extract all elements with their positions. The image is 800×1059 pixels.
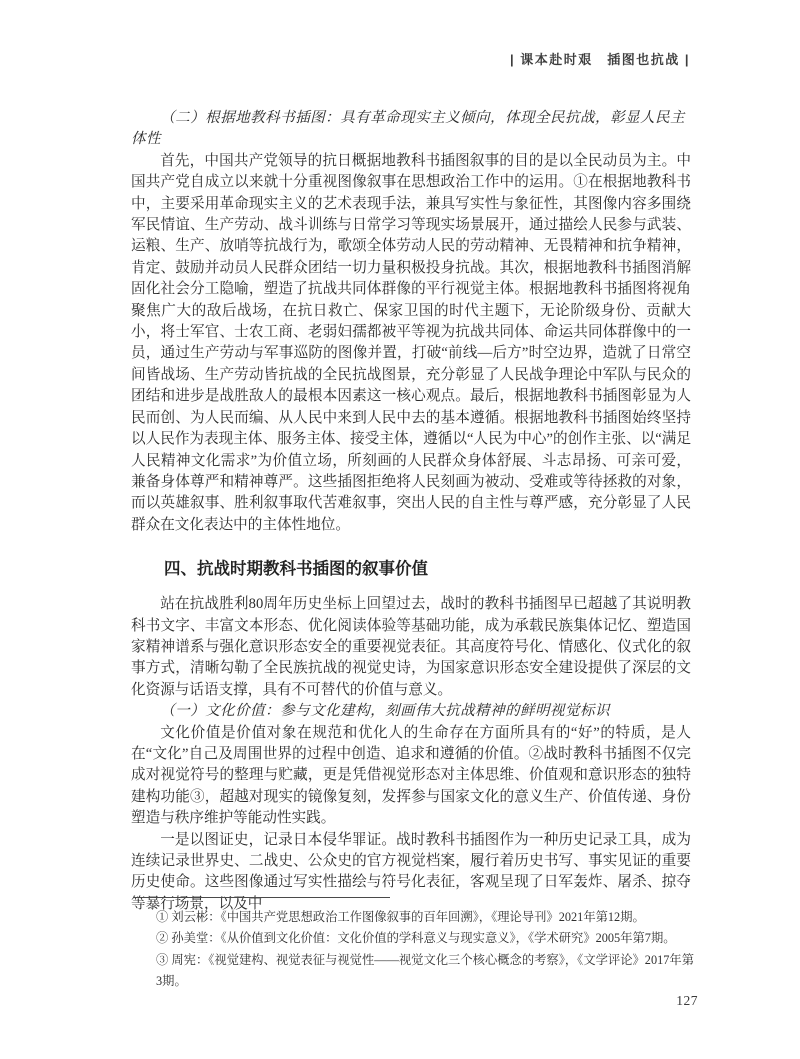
footnote-2: ② 孙美堂：《从价值到文化价值：文化价值的学科意义与现实意义》，《学术研究》20… — [131, 928, 696, 949]
page-number: 127 — [0, 993, 698, 1009]
footnote-3: ③ 周宪：《视觉建构、视觉表征与视觉性——视觉文化三个核心概念的考察》，《文学评… — [131, 950, 696, 993]
section-heading-four: 四、抗战时期教科书插图的叙事价值 — [131, 556, 691, 582]
page-body: （二）根据地教科书插图：具有革命现实主义倾向，体现全民抗战，彰显人民主体性 首先… — [131, 108, 691, 915]
running-header: | 课本赴时艰 插图也抗战 | — [0, 49, 690, 68]
paragraph-one: 首先，中国共产党领导的抗日概据地教科书插图叙事的目的是以全民动员为主。中国共产党… — [131, 151, 691, 536]
footnotes-block: ① 刘云彬：《中国共产党思想政治工作图像叙事的百年回溯》，《理论导刊》2021年… — [131, 897, 696, 992]
subheading-section-one: （一）文化价值：参与文化建构，刻画伟大抗战精神的鲜明视觉标识 — [131, 701, 691, 722]
document-page: | 课本赴时艰 插图也抗战 | （二）根据地教科书插图：具有革命现实主义倾向，体… — [0, 0, 800, 1059]
footnote-divider — [133, 897, 390, 898]
footnote-1: ① 刘云彬：《中国共产党思想政治工作图像叙事的百年回溯》，《理论导刊》2021年… — [131, 907, 696, 928]
paragraph-two: 站在抗战胜利80周年历史坐标上回望过去，战时的教科书插图早已超越了其说明教科书文… — [131, 594, 691, 701]
subheading-section-two: （二）根据地教科书插图：具有革命现实主义倾向，体现全民抗战，彰显人民主体性 — [131, 108, 691, 151]
paragraph-three: 文化价值是价值对象在规范和优化人的生命存在方面所具有的“好”的特质，是人在“文化… — [131, 723, 691, 830]
